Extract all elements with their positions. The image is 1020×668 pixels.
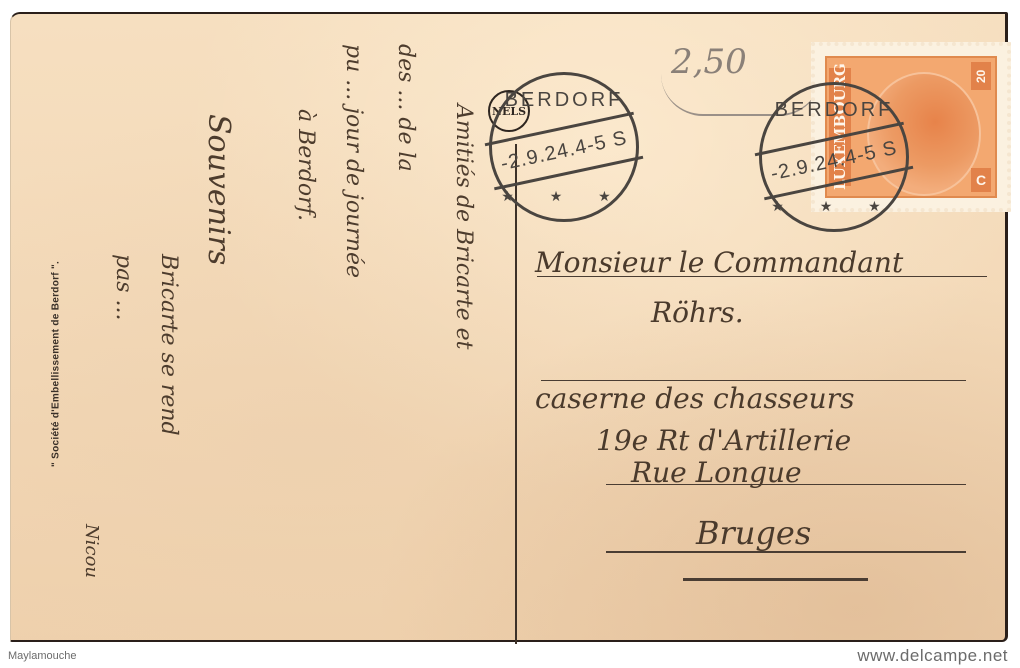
site-watermark[interactable]: www.delcampe.net xyxy=(857,646,1008,666)
message-col-5: Souvenirs xyxy=(201,114,236,265)
publisher-imprint: " Société d'Embellissement de Berdorf ". xyxy=(41,214,71,514)
message-col-4: à Berdorf. xyxy=(293,109,318,221)
postmark-stars-icon: ★ ★ ★ xyxy=(762,198,906,215)
message-col-3: pu ... jour de journée xyxy=(341,44,366,278)
postmark-date: -2.9.24.4-5 S xyxy=(485,112,644,191)
message-signature: Nicou xyxy=(81,524,102,578)
stamp-unit: C xyxy=(971,168,991,192)
address-line-2: Röhrs. xyxy=(651,296,744,329)
address-line-4: 19e Rt d'Artillerie xyxy=(596,424,851,457)
address-line-5: Rue Longue xyxy=(631,456,802,489)
postmark-left: BERDORF -2.9.24.4-5 S ★ ★ ★ xyxy=(489,72,639,222)
address-line-3: caserne des chasseurs xyxy=(535,382,854,415)
message-col-2: des ... de la xyxy=(393,44,418,172)
card-divider xyxy=(515,144,517,644)
address-rule-2 xyxy=(541,380,966,381)
address-line-1: Monsieur le Commandant xyxy=(535,246,903,279)
postcard: " Société d'Embellissement de Berdorf ".… xyxy=(10,12,1008,642)
message-col-7: pas ... xyxy=(111,254,136,320)
postmark-town: BERDORF xyxy=(762,99,906,122)
postmark-right: BERDORF -2.9.24.4-5 S ★ ★ ★ xyxy=(759,82,909,232)
address-line-6: Bruges xyxy=(696,514,811,552)
postmark-town: BERDORF xyxy=(492,89,636,112)
uploader-name: Maylamouche xyxy=(8,650,76,662)
postmark-stars-icon: ★ ★ ★ xyxy=(492,188,636,205)
stamp-value: 20 xyxy=(971,62,991,90)
message-col-1: Amitiés de Bricarte et xyxy=(451,104,476,349)
message-col-6: Bricarte se rend xyxy=(156,254,181,436)
address-rule-5 xyxy=(683,578,868,581)
postmark-date: -2.9.24.4-5 S xyxy=(755,122,914,201)
